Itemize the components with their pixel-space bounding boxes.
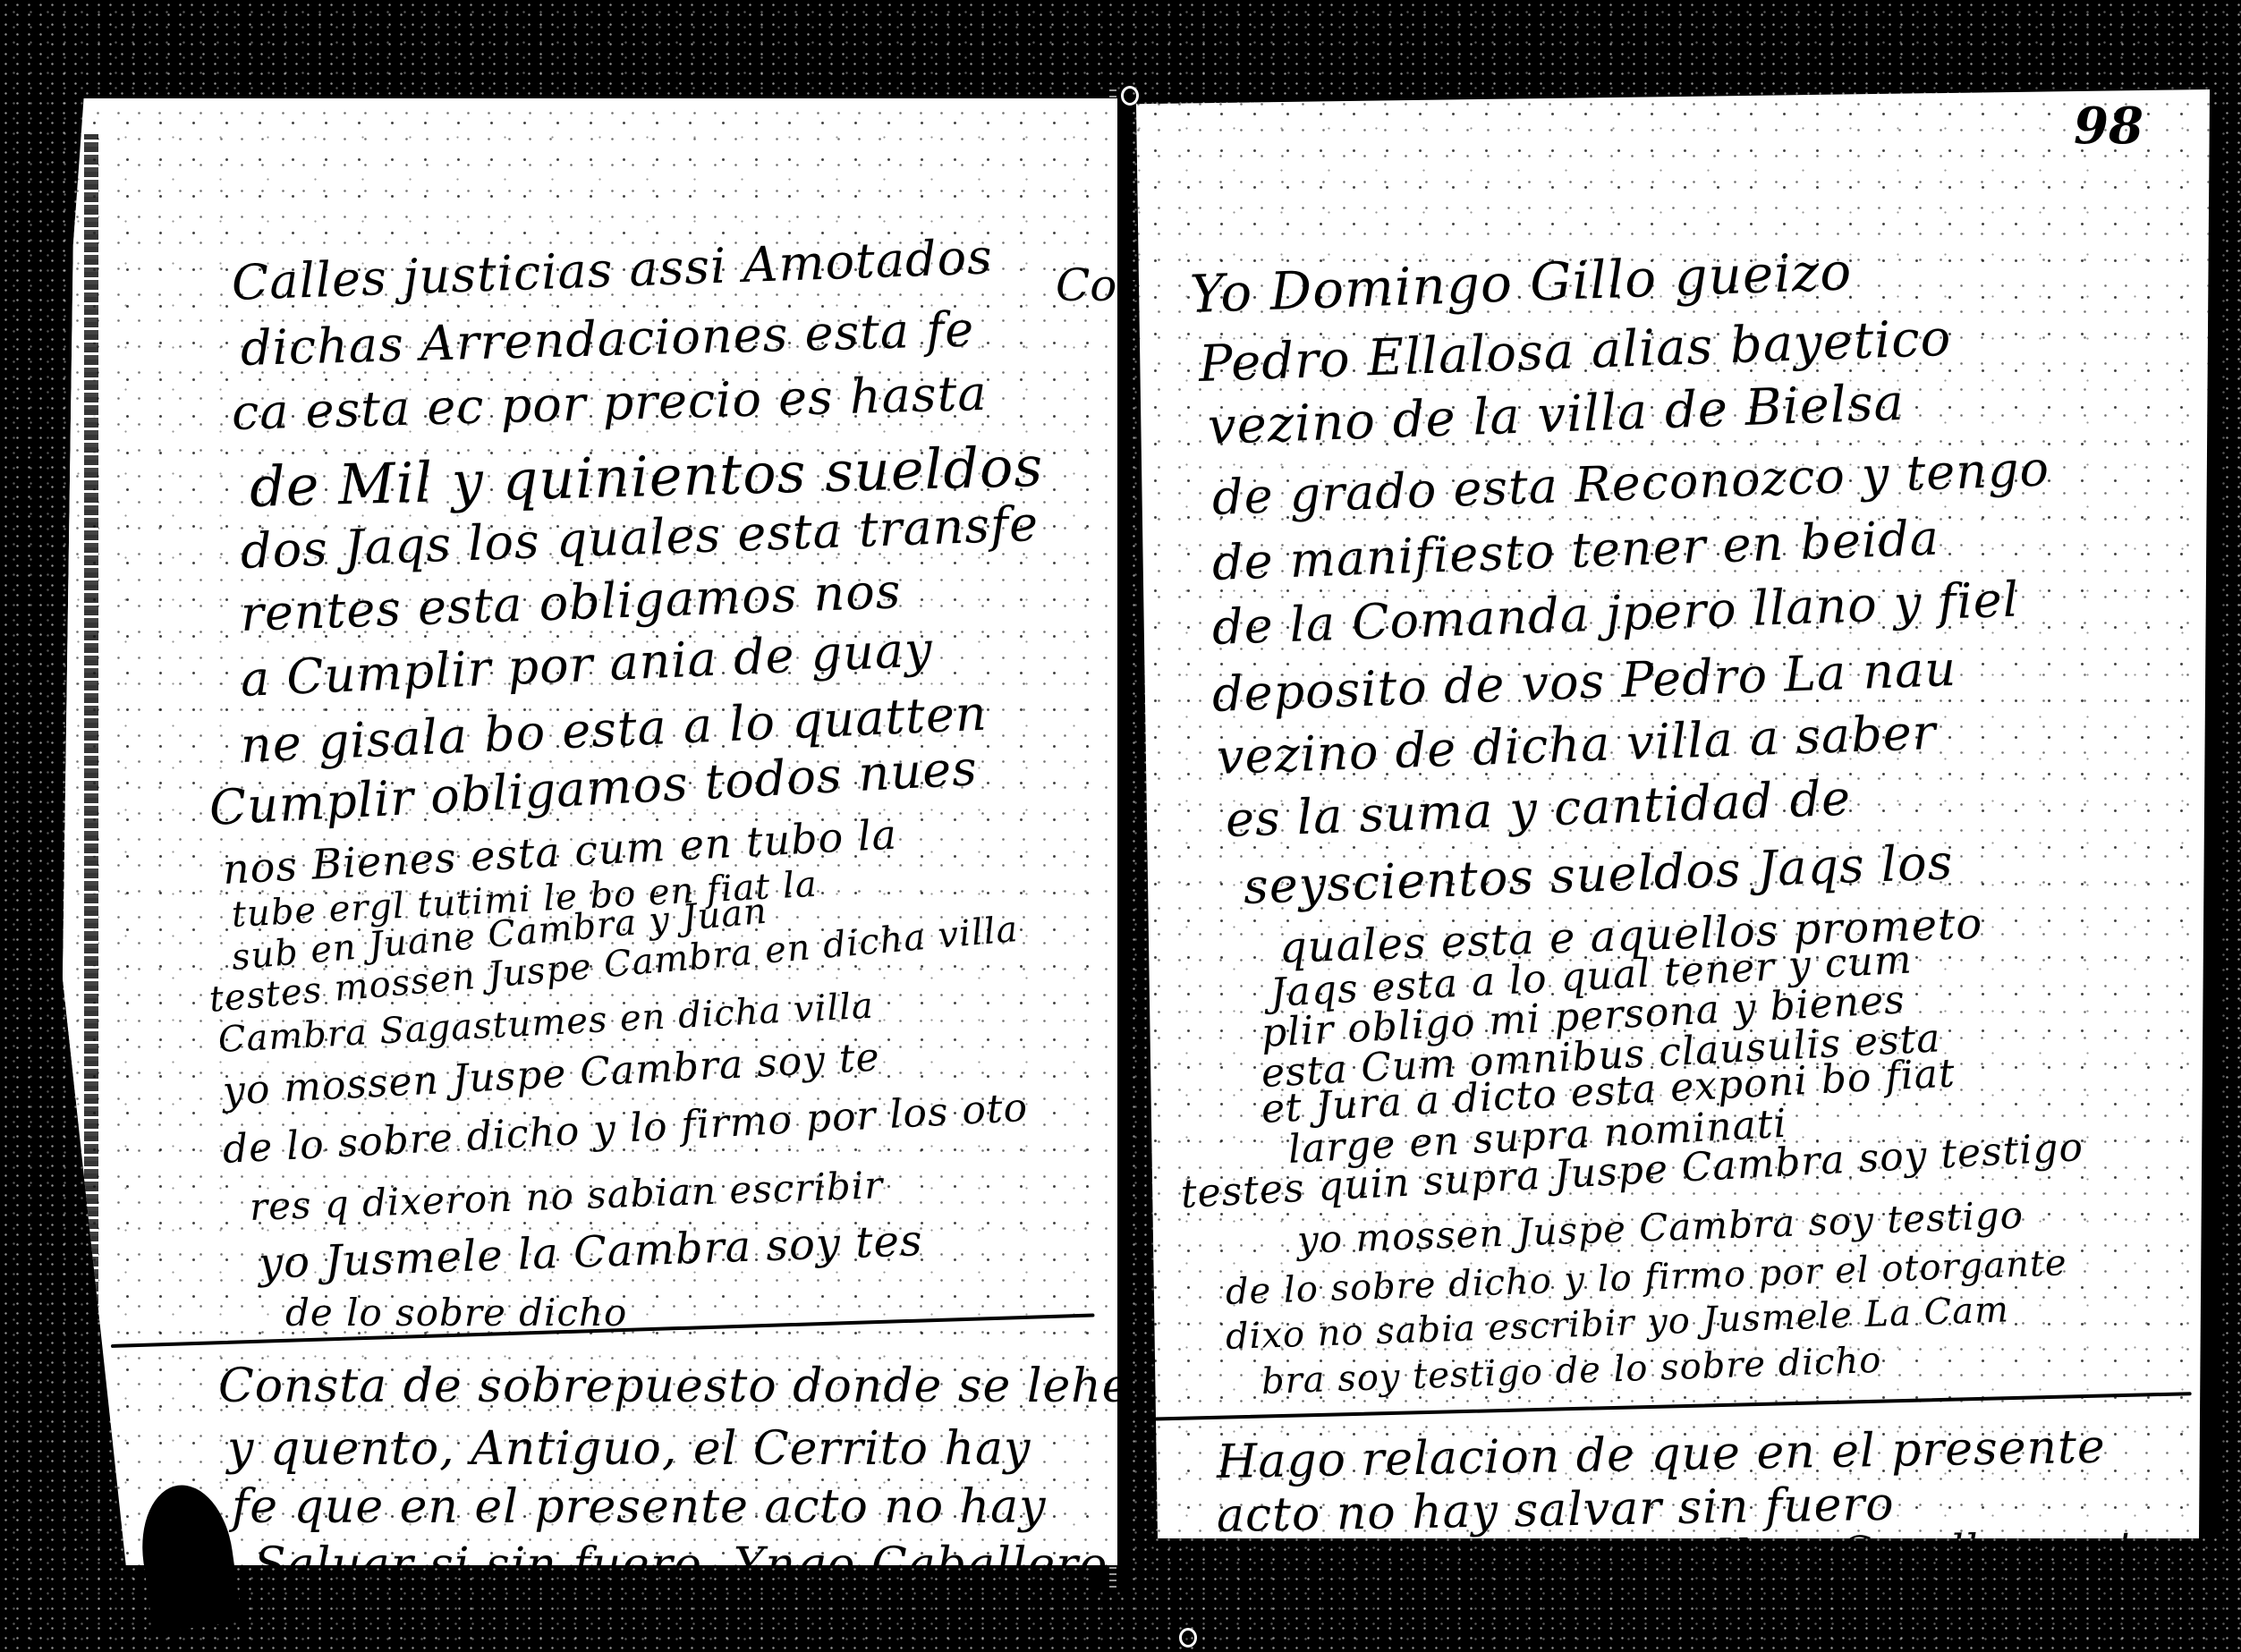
text-line: Saluar si sin fuero, Yngo Caballero — [254, 1538, 1108, 1565]
text-line: yo Jusmele la Cambra soy tes — [258, 1216, 923, 1289]
text-line: de lo sobre dicho — [285, 1291, 627, 1334]
left-page: Calles justicias assi Amotados dichas Ar… — [63, 98, 1117, 1565]
text-line: y quento, Antiguo, el Cerrito hay — [227, 1422, 1031, 1476]
text-line: res q dixeron no sabian escribir — [249, 1163, 884, 1229]
text-line: fe que en el presente acto no hay — [232, 1480, 1046, 1534]
text-line: ca esta ec por precio es hasta — [231, 365, 988, 441]
binding-hole — [1179, 1628, 1197, 1648]
text-line: dichas Arrendaciones esta fe — [240, 301, 975, 377]
right-page: Yo Domingo Gillo gueizo Pedro Ellalosa a… — [1136, 89, 2210, 1538]
text-line: Calles justicias assi Amotados — [231, 228, 994, 311]
text-line: Consta de sobrepuesto donde se lehe — [218, 1360, 1117, 1413]
text-line: Hago relacion de que en el presente — [1216, 1420, 2106, 1489]
text-line: Yo Domingo Gillo gueizo — [1189, 241, 1854, 325]
page-number: 98 — [2074, 97, 2143, 156]
binding-hole — [1121, 86, 1139, 106]
